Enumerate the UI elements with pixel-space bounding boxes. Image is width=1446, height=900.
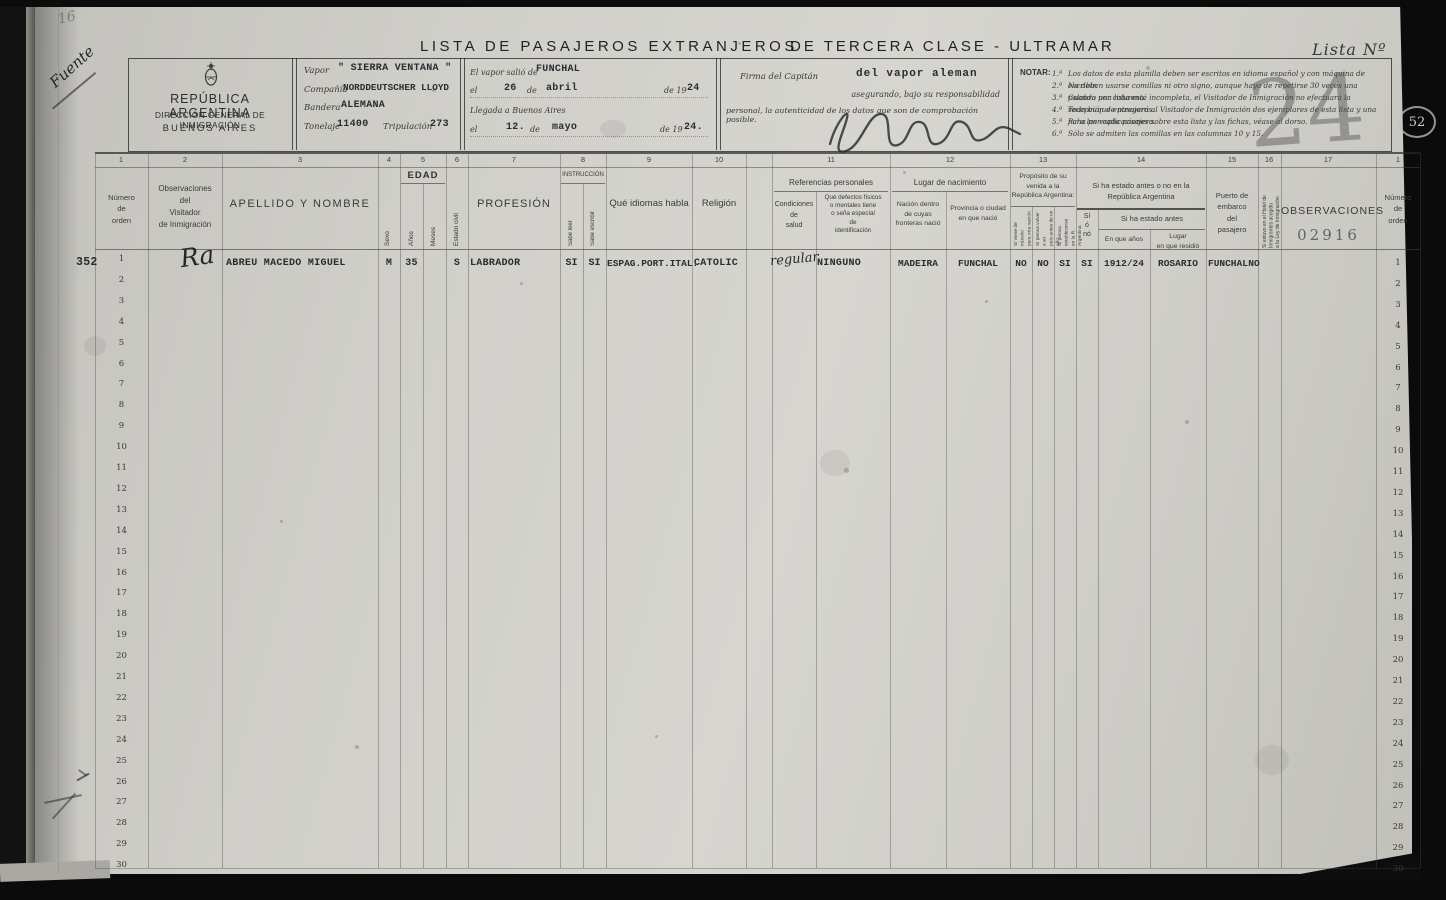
estado-antes-underline (1077, 208, 1205, 210)
row-number-left: 15 (95, 547, 148, 557)
row-number-left: 30 (95, 860, 148, 870)
col-header-condiciones: Condiciones de salud (772, 200, 816, 232)
column-number: 10 (708, 155, 730, 164)
firma-typed: del vapor aleman (856, 68, 978, 80)
row-number-left: 6 (95, 359, 148, 369)
row-number-left: 5 (95, 338, 148, 348)
row-number-left: 14 (95, 526, 148, 536)
grid-vline (1054, 207, 1055, 868)
col-header-sabe-escribir: Sabe escribir (590, 196, 596, 246)
binding-dark-strip (0, 0, 28, 900)
cell-anos: 35 (400, 258, 423, 269)
salio-year-prefix: de 19 (664, 86, 687, 95)
row-number-right: 3 (1376, 300, 1420, 310)
grid-vline (1032, 207, 1033, 868)
llegada-month: mayo (552, 122, 577, 133)
col-header-puerto: Puerto de embarco del pasajero (1206, 190, 1258, 235)
row-number-left: 29 (95, 839, 148, 849)
llegada-label: Llegada a Buenos Aires (470, 106, 566, 115)
column-number: 3 (289, 155, 311, 164)
cell-defectos: NINGUNO (817, 258, 861, 269)
page-edge-sliver (26, 0, 35, 900)
column-number: 7 (503, 155, 525, 164)
bandera-value: ALEMANA (341, 100, 385, 111)
row-number-right: 20 (1376, 655, 1420, 665)
cell-estado-civil: S (446, 258, 468, 269)
row-number-right: 15 (1376, 551, 1420, 561)
col-header-estado-civil: Estado civil (453, 192, 460, 246)
note-6-num: 6.ª (1052, 128, 1062, 140)
cell-nacion: MADEIRA (890, 258, 946, 269)
column-number: 14 (1130, 155, 1152, 164)
org-city: BUENOS AIRES (128, 123, 292, 134)
row-number-right: 16 (1376, 572, 1420, 582)
dotted-rule-2 (470, 136, 708, 137)
col-header-instruccion: INSTRUCCIÓN (560, 172, 606, 178)
notar-label: NOTAR: (1020, 68, 1051, 77)
col-header-profesion: PROFESIÓN (468, 198, 560, 210)
scanned-passenger-list-page: LISTA DE PASAJEROS EXTRANJEROS DE TERCER… (0, 0, 1446, 900)
grid-vline (1206, 153, 1207, 868)
row-number-left: 18 (95, 609, 148, 619)
row-number-right: 14 (1376, 530, 1420, 540)
col-header-religion: Religión (692, 198, 746, 209)
salio-label: El vapor salió de (470, 68, 538, 77)
cell-hotel: NO (1242, 258, 1266, 269)
row-number-right: 27 (1376, 801, 1420, 811)
row-number-left: 27 (95, 797, 148, 807)
grid-vline (1150, 230, 1151, 868)
llegada-de-label: de (530, 125, 540, 134)
column-number: 9 (638, 155, 660, 164)
bottom-page-edge (0, 860, 110, 882)
folio-stamp: 52 (1398, 106, 1436, 138)
col-header-meses: Meses (430, 198, 437, 246)
grid-vline (583, 184, 584, 868)
row-number-left: 8 (95, 400, 148, 410)
col-header-observ: OBSERVACIONES (1281, 205, 1376, 217)
row-number-left: 12 (95, 484, 148, 494)
row-number-right: 2 (1376, 279, 1420, 289)
orden-stamp: 352 (76, 256, 98, 269)
top-dark-strip (0, 0, 1446, 7)
row-number-left: 25 (95, 756, 148, 766)
salio-year: 24 (687, 83, 700, 94)
row-number-left: 16 (95, 568, 148, 578)
col-header-apellido: APELLIDO Y NOMBRE (222, 198, 378, 210)
cell-profesion: LABRADOR (470, 258, 520, 269)
col-header-lugar-residio: Lugar en que residió (1150, 232, 1206, 251)
note-3-num: 3.ª (1052, 92, 1062, 104)
salio-day: 26 (504, 83, 517, 94)
cell-estuvo-antes: SI (1076, 258, 1098, 269)
firma-line2: asegurando, bajo su responsabilidad (726, 90, 1000, 99)
cell-lugar-residio: ROSARIO (1150, 258, 1206, 269)
row-number-right: 24 (1376, 739, 1420, 749)
row-number-right: 26 (1376, 781, 1420, 791)
row-number-left: 3 (95, 296, 148, 306)
column-number: 1 (1387, 155, 1409, 164)
bandera-label: Bandera (304, 103, 340, 113)
row-number-right: 25 (1376, 760, 1420, 770)
col-header-numero: Número de orden (95, 192, 148, 226)
row-number-left: 4 (95, 317, 148, 327)
cell-en-que-anos: 1912/24 (1098, 258, 1150, 269)
col-header-provincia: Provincia o ciudad en que nació (946, 204, 1010, 223)
colnum-strip-border (95, 167, 1420, 168)
row-number-right: 5 (1376, 342, 1420, 352)
col-header-ha-estado: Si ha estado antes (1098, 214, 1206, 223)
header-bottom-border (95, 249, 1420, 250)
col-header-sexo: Sexo (384, 200, 391, 246)
llegada-el-label: el (470, 125, 477, 134)
salio-port: FUNCHAL (536, 64, 580, 75)
col-header-sabe-leer: Sabe leer (568, 196, 574, 246)
tonelaje-value: 11400 (337, 119, 369, 130)
table-bottom-border (95, 868, 1420, 869)
col-header-numero-right: Número de orden (1376, 192, 1420, 226)
row-number-left: 28 (95, 818, 148, 828)
row-number-left: 21 (95, 672, 148, 682)
grid-vline (423, 184, 424, 868)
row-number-right: 11 (1376, 467, 1420, 477)
column-number: 6 (446, 155, 468, 164)
col-header-proposito: Propósito de su venida a la República Ar… (1010, 172, 1076, 201)
row-number-right: 23 (1376, 718, 1420, 728)
cell-sabe-escribir: SI (583, 258, 606, 269)
grid-vline (1281, 153, 1282, 868)
row-number-right: 6 (1376, 363, 1420, 373)
vapor-value: " SIERRA VENTANA " (338, 63, 451, 74)
row-number-right: 21 (1376, 676, 1420, 686)
row-number-right: 29 (1376, 843, 1420, 853)
cell-idiomas: ESPAG.PORT.ITAL. (607, 258, 698, 269)
salio-month: abril (546, 83, 578, 94)
note-1-num: 1.ª (1052, 68, 1062, 80)
row-number-left: 17 (95, 588, 148, 598)
page-title-left: LISTA DE PASAJEROS EXTRANJEROS (420, 38, 798, 55)
row-number-right: 10 (1376, 446, 1420, 456)
grid-vline (1420, 153, 1421, 868)
column-number: 15 (1221, 155, 1243, 164)
tripulacion-value: 273 (430, 119, 449, 130)
row-number-right: 9 (1376, 425, 1420, 435)
vapor-label: Vapor (304, 66, 329, 76)
row-number-right: 4 (1376, 321, 1420, 331)
row-number-left: 11 (95, 463, 148, 473)
firma-capitan-label: Firma del Capitán (740, 72, 818, 82)
row-number-left: 24 (95, 735, 148, 745)
paper-crease (58, 6, 59, 874)
dotted-rule-1 (470, 97, 708, 98)
tripulacion-label: Tripulación (383, 122, 432, 132)
referencias-underline (774, 191, 888, 192)
col-header-en-que-anos: En que años (1098, 236, 1150, 243)
column-number: 2 (174, 155, 196, 164)
compania-label: Compañía (304, 85, 347, 95)
grid-vline (468, 153, 469, 868)
note-4-num: 4.ª (1052, 104, 1062, 116)
row-number-left: 20 (95, 651, 148, 661)
row-number-right: 1 (1376, 258, 1420, 268)
proposito-underline (1011, 206, 1075, 207)
col-header-observaciones: Observaciones del Visitador de Inmigraci… (148, 183, 222, 231)
row-number-right: 12 (1376, 488, 1420, 498)
row-number-left: 10 (95, 442, 148, 452)
col-header-edad: EDAD (400, 170, 446, 181)
row-number-left: 9 (95, 421, 148, 431)
llegada-day: 12. (506, 122, 525, 133)
col-header-si-o-no: Sí ó nó (1076, 212, 1098, 239)
row-number-left: 19 (95, 630, 148, 640)
col-header-referencias: Referencias personales (772, 178, 890, 187)
cell-religion: CATOLIC (694, 258, 738, 269)
column-number: 13 (1032, 155, 1054, 164)
column-number: 5 (412, 155, 434, 164)
bottom-dark-strip (0, 878, 1446, 900)
coat-of-arms (203, 62, 219, 93)
column-number: 8 (572, 155, 594, 164)
row-number-right: 7 (1376, 383, 1420, 393)
row-number-right: 30 (1376, 864, 1420, 874)
col-header-proposito-sub1: Si viene de tránsito para otra nación (1014, 210, 1034, 246)
row-number-right: 19 (1376, 634, 1420, 644)
note-5-num: 5.ª (1052, 116, 1062, 128)
row-number-right: 22 (1376, 697, 1420, 707)
column-number: 4 (378, 155, 400, 164)
row-number-right: 28 (1376, 822, 1420, 832)
captain-signature (822, 104, 1022, 171)
col-header-hotel: Si estuvo en el Hotel de Inmigrantes aco… (1262, 172, 1282, 248)
cell-nombre: ABREU MACEDO MIGUEL (226, 258, 346, 269)
llegada-year-prefix: de 19 (660, 125, 683, 134)
cell-provincia: FUNCHAL (946, 258, 1010, 269)
page-title-right: DE TERCERA CLASE - ULTRAMAR (790, 38, 1115, 55)
col-header-nacion: Nación dentro de cuyas fronteras nació (890, 200, 946, 229)
cell-prop1: NO (1010, 258, 1032, 269)
grid-vline (746, 153, 747, 868)
binding-shadow (34, 6, 80, 874)
row-number-left: 1 (95, 254, 148, 264)
row-number-right: 18 (1376, 613, 1420, 623)
cell-sabe-leer: SI (560, 258, 583, 269)
row-number-left: 22 (95, 693, 148, 703)
col-header-estado-antes: Si ha estado antes o no en la República … (1076, 180, 1206, 203)
compania-value: NORDDEUTSCHER LLOYD (343, 82, 449, 93)
row-number-left: 2 (95, 275, 148, 285)
cell-prop3: SI (1054, 258, 1076, 269)
form-serial-stamp: 02916 (1281, 226, 1376, 244)
grid-vline (1098, 209, 1099, 868)
table-top-border (95, 152, 1420, 154)
lugar-nac-underline (892, 191, 1008, 192)
grid-vline (148, 153, 149, 868)
tonelaje-label: Tonelaje (304, 122, 340, 132)
grid-vline (816, 192, 817, 868)
visitador-handwritten-mark: Ra (178, 240, 216, 273)
col-header-defectos: Qué defectos físicos o mentales tiene o … (816, 194, 890, 235)
row-number-left: 23 (95, 714, 148, 724)
grid-vline (222, 153, 223, 868)
salio-el-label: el (470, 86, 477, 95)
grid-vline (946, 192, 947, 868)
note-2-num: 2.ª (1052, 80, 1062, 92)
llegada-year: 24. (684, 122, 703, 133)
row-number-left: 13 (95, 505, 148, 515)
salio-de-label: de (527, 86, 537, 95)
col-header-lugar-nacimiento: Lugar de nacimiento (890, 178, 1010, 187)
pencil-lista-number: 24 (1244, 54, 1368, 169)
col-header-anos: Años (408, 198, 415, 246)
column-number: 1 (110, 155, 132, 164)
cell-sexo: M (378, 258, 400, 269)
row-number-left: 7 (95, 379, 148, 389)
ha-estado-underline (1099, 229, 1205, 230)
row-number-right: 13 (1376, 509, 1420, 519)
row-number-left: 26 (95, 777, 148, 787)
col-header-idiomas: Qué idiomas habla (606, 198, 692, 209)
row-number-right: 8 (1376, 404, 1420, 414)
row-number-right: 17 (1376, 592, 1420, 602)
cell-prop2: NO (1032, 258, 1054, 269)
